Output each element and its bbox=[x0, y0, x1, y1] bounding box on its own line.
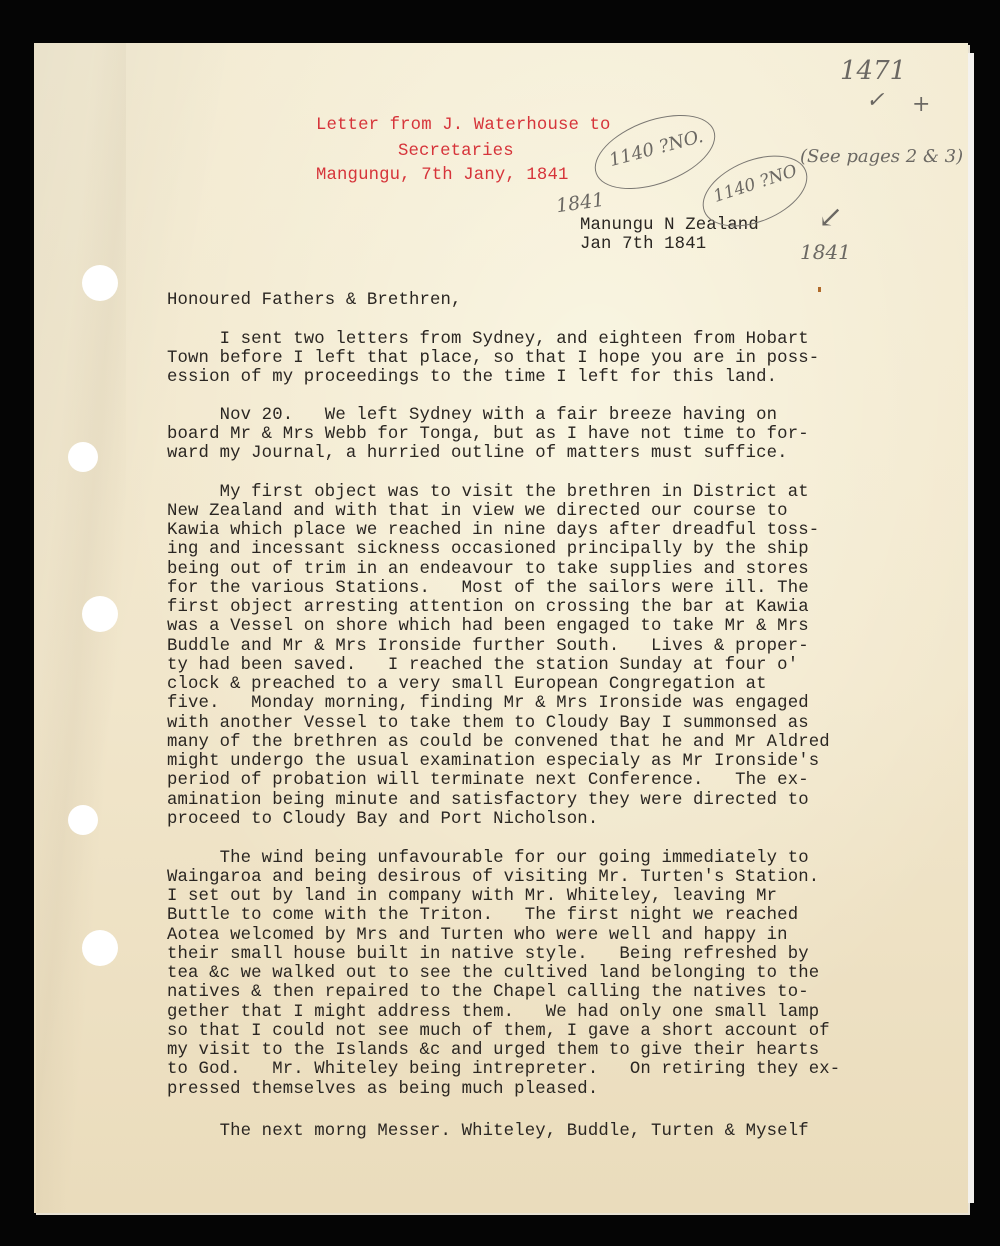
annotation-year-right: 1841 bbox=[800, 240, 851, 264]
annotation-see-pages: (See pages 2 & 3) bbox=[800, 146, 963, 167]
annotation-tick-mark: ✓ bbox=[866, 88, 884, 113]
annotation-ref-number: 1471 bbox=[840, 56, 906, 86]
text-line: ing and incessant sickness occasioned pr… bbox=[167, 540, 809, 559]
text-line: clock & preached to a very small Europea… bbox=[167, 675, 767, 694]
text-line: pressed themselves as being much pleased… bbox=[167, 1080, 598, 1099]
date-line: Jan 7th 1841 bbox=[580, 235, 706, 254]
text-line: ward my Journal, a hurried outline of ma… bbox=[167, 444, 788, 463]
text-line: Kawia which place we reached in nine day… bbox=[167, 521, 819, 540]
text-line: Buttle to come with the Triton. The firs… bbox=[167, 906, 798, 925]
text-line: Aotea welcomed by Mrs and Turten who wer… bbox=[167, 926, 788, 945]
text-line: period of probation will terminate next … bbox=[167, 771, 809, 790]
text-line: with another Vessel to take them to Clou… bbox=[167, 714, 809, 733]
text-line: for the various Stations. Most of the sa… bbox=[167, 579, 809, 598]
text-line: proceed to Cloudy Bay and Port Nicholson… bbox=[167, 810, 598, 829]
text-line: Waingaroa and being desirous of visiting… bbox=[167, 868, 819, 887]
text-line: so that I could not see much of them, I … bbox=[167, 1022, 830, 1041]
header-title: Letter from J. Waterhouse to bbox=[316, 116, 611, 135]
text-line: The wind being unfavourable for our goin… bbox=[167, 849, 809, 868]
text-line: Buddle and Mr & Mrs Ironside further Sou… bbox=[167, 637, 809, 656]
text-line: their small house built in native style.… bbox=[167, 945, 809, 964]
text-line: Town before I left that place, so that I… bbox=[167, 349, 819, 368]
text-line: first object arresting attention on cros… bbox=[167, 598, 809, 617]
text-line: ty had been saved. I reached the station… bbox=[167, 656, 798, 675]
header-recipient: Secretaries bbox=[398, 142, 514, 161]
text-line: might undergo the usual examination espe… bbox=[167, 752, 819, 771]
punch-hole bbox=[82, 265, 118, 301]
annotation-plus-mark: + bbox=[912, 92, 930, 117]
text-line: was a Vessel on shore which had been eng… bbox=[167, 617, 809, 636]
text-line: to God. Mr. Whiteley being intrepreter. … bbox=[167, 1060, 840, 1079]
salutation: Honoured Fathers & Brethren, bbox=[167, 291, 462, 310]
text-line: tea &c we walked out to see the cultived… bbox=[167, 964, 819, 983]
text-line: I set out by land in company with Mr. Wh… bbox=[167, 887, 777, 906]
text-line: ession of my proceedings to the time I l… bbox=[167, 368, 777, 387]
text-line: gether that I might address them. We had… bbox=[167, 1003, 819, 1022]
text-line: amination being minute and satisfactory … bbox=[167, 791, 809, 810]
text-line: I sent two letters from Sydney, and eigh… bbox=[167, 330, 809, 349]
punch-hole bbox=[82, 930, 118, 966]
punch-hole bbox=[68, 442, 98, 472]
text-line: The next morng Messer. Whiteley, Buddle,… bbox=[167, 1122, 809, 1141]
text-line: five. Monday morning, finding Mr & Mrs I… bbox=[167, 694, 809, 713]
text-line: board Mr & Mrs Webb for Tonga, but as I … bbox=[167, 425, 809, 444]
text-line: New Zealand and with that in view we dir… bbox=[167, 502, 788, 521]
ink-speck bbox=[818, 287, 821, 292]
text-line: many of the brethren as could be convene… bbox=[167, 733, 830, 752]
text-line: my visit to the Islands &c and urged the… bbox=[167, 1041, 819, 1060]
text-line: being out of trim in an endeavour to tak… bbox=[167, 560, 809, 579]
text-line: Nov 20. We left Sydney with a fair breez… bbox=[167, 406, 777, 425]
text-line: My first object was to visit the brethre… bbox=[167, 483, 809, 502]
text-line: natives & then repaired to the Chapel ca… bbox=[167, 983, 809, 1002]
header-place-date: Mangungu, 7th Jany, 1841 bbox=[316, 166, 569, 185]
arrow-icon: ↙ bbox=[818, 200, 843, 235]
punch-hole bbox=[82, 596, 118, 632]
punch-hole bbox=[68, 805, 98, 835]
